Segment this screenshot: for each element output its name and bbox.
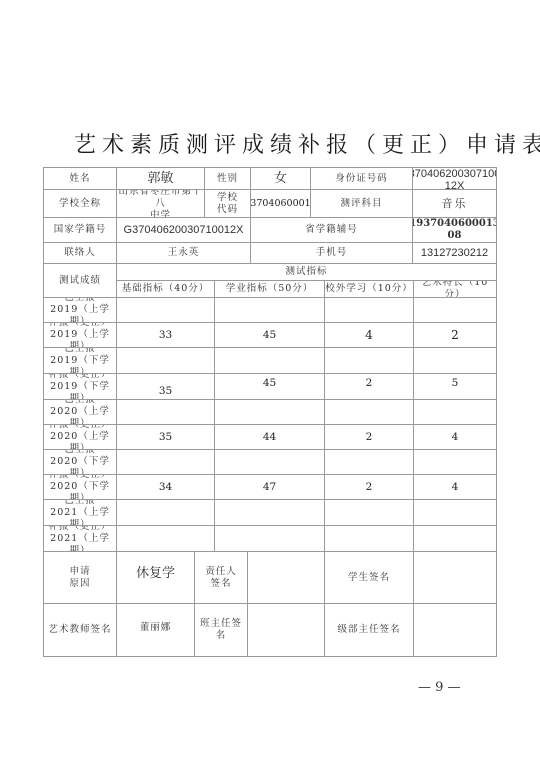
art-teacher-label: 艺术教师签名: [43, 603, 117, 657]
name-label: 姓名: [43, 167, 117, 190]
class-teacher-label: 班主任签名: [194, 603, 248, 657]
test-scores-label: 测试成绩: [43, 263, 117, 298]
phone-field[interactable]: 13127230212: [412, 242, 497, 264]
score-art-talent[interactable]: 5: [413, 373, 497, 400]
score-art-talent[interactable]: [413, 449, 497, 475]
school-value: 山东省枣庄市第十八 中学: [117, 189, 204, 218]
row-label: 已上报 2021（上学期）: [43, 499, 117, 526]
column-header-art-talent: 艺术特长（10分）: [413, 280, 497, 298]
score-extracurricular[interactable]: [324, 297, 414, 323]
score-academic[interactable]: [214, 499, 325, 526]
reason-field[interactable]: 休复学: [116, 551, 195, 604]
row-label: 已上报 2020（上学期）: [43, 399, 117, 425]
column-header-basic: 基础指标（40分）: [116, 280, 215, 298]
score-basic[interactable]: [116, 399, 215, 425]
school-code-label: 学校 代码: [204, 189, 251, 218]
column-header-extracurricular: 校外学习（10分）: [324, 280, 414, 298]
score-basic[interactable]: 33: [116, 322, 215, 348]
row-label-text: 补报（更正） 2019（上学期）: [44, 322, 116, 348]
national-id-field[interactable]: G37040620030710012X: [116, 217, 251, 243]
score-extracurricular[interactable]: [324, 347, 414, 374]
column-header-academic: 学业指标（50分）: [214, 280, 325, 298]
row-label-text: 已上报 2021（上学期）: [44, 499, 116, 526]
score-extracurricular[interactable]: 2: [324, 474, 414, 500]
score-academic[interactable]: 44: [214, 424, 325, 450]
reason-label-text: 申请 原因: [69, 566, 90, 590]
score-art-talent[interactable]: [413, 499, 497, 526]
form-title: 艺术素质测评成绩补报（更正）申请表: [74, 128, 540, 159]
row-label-text: 已上报 2020（上学期）: [44, 399, 116, 425]
score-basic[interactable]: 35: [116, 373, 215, 400]
student-signature-field[interactable]: [413, 551, 497, 604]
contact-field[interactable]: 王永英: [116, 242, 251, 264]
responsible-label-text: 责任人 签名: [205, 566, 237, 590]
national-id-label: 国家学籍号: [43, 217, 117, 243]
name-field[interactable]: 郭敏: [116, 167, 205, 190]
score-academic[interactable]: 45: [214, 373, 325, 400]
score-art-talent[interactable]: 4: [413, 474, 497, 500]
provincial-id-value: 20193704060001312 08: [412, 218, 497, 242]
phone-label: 手机号: [250, 242, 413, 264]
id-number-label: 身份证号码: [310, 167, 413, 190]
score-basic[interactable]: [116, 525, 215, 552]
art-teacher-signature-field[interactable]: 董丽娜: [116, 603, 195, 657]
grade-director-signature-field[interactable]: [413, 603, 497, 657]
school-code-label-text: 学校 代码: [217, 192, 238, 216]
row-label-text: 已上报 2019（下学期）: [44, 347, 116, 374]
row-label: 已上报 2020（下学期）: [43, 449, 117, 475]
score-academic[interactable]: [214, 297, 325, 323]
gender-label: 性别: [204, 167, 251, 190]
row-label-text: 补报（更正） 2021（上学期）: [44, 525, 116, 552]
score-extracurricular[interactable]: 4: [324, 322, 414, 348]
score-extracurricular[interactable]: [324, 399, 414, 425]
school-code-field[interactable]: 3704060001: [250, 189, 311, 218]
score-extracurricular[interactable]: 2: [324, 424, 414, 450]
row-label: 补报（更正） 2021（上学期）: [43, 525, 117, 552]
score-academic[interactable]: 47: [214, 474, 325, 500]
score-basic[interactable]: [116, 347, 215, 374]
row-label: 已上报 2019（上学期）: [43, 297, 117, 323]
score-art-talent[interactable]: [413, 399, 497, 425]
score-academic[interactable]: [214, 449, 325, 475]
id-number-value: 370406200307100 12X: [412, 168, 497, 190]
school-label: 学校全称: [43, 189, 117, 218]
contact-label: 联络人: [43, 242, 117, 264]
score-art-talent[interactable]: [413, 347, 497, 374]
row-label: 补报（更正） 2020（下学期）: [43, 474, 117, 500]
row-label: 补报（更正） 2019（下学期）: [43, 373, 117, 400]
score-academic[interactable]: [214, 399, 325, 425]
score-art-talent[interactable]: 2: [413, 322, 497, 348]
score-extracurricular[interactable]: [324, 525, 414, 552]
row-label-text: 已上报 2019（上学期）: [44, 297, 116, 323]
score-extracurricular[interactable]: [324, 499, 414, 526]
subject-label: 测评科目: [310, 189, 413, 218]
test-indicators-label: 测试指标: [116, 263, 497, 281]
score-art-talent[interactable]: 4: [413, 424, 497, 450]
provincial-id-label: 省学籍辅号: [250, 217, 413, 243]
row-label: 补报（更正） 2019（上学期）: [43, 322, 117, 348]
score-academic[interactable]: [214, 347, 325, 374]
score-academic[interactable]: [214, 525, 325, 552]
responsible-label: 责任人 签名: [194, 551, 248, 604]
reason-label: 申请 原因: [43, 551, 117, 604]
score-basic[interactable]: 35: [116, 424, 215, 450]
row-label-text: 已上报 2020（下学期）: [44, 449, 116, 475]
class-teacher-signature-field[interactable]: [247, 603, 325, 657]
provincial-id-field[interactable]: 20193704060001312 08: [412, 217, 497, 243]
score-art-talent[interactable]: [413, 297, 497, 323]
row-label: 已上报 2019（下学期）: [43, 347, 117, 374]
score-basic[interactable]: [116, 449, 215, 475]
id-number-field[interactable]: 370406200307100 12X: [412, 167, 497, 190]
page-number: — 9 —: [418, 680, 461, 695]
row-label-text: 补报（更正） 2019（下学期）: [44, 373, 116, 400]
school-field[interactable]: 山东省枣庄市第十八 中学: [116, 189, 205, 218]
score-art-talent[interactable]: [413, 525, 497, 552]
score-basic[interactable]: [116, 297, 215, 323]
score-basic[interactable]: 34: [116, 474, 215, 500]
gender-field[interactable]: 女: [250, 167, 311, 190]
row-label-text: 补报（更正） 2020（下学期）: [44, 474, 116, 500]
row-label: 补报（更正） 2020（上学期）: [43, 424, 117, 450]
grade-director-label: 级部主任签名: [324, 603, 414, 657]
row-label-text: 补报（更正） 2020（上学期）: [44, 424, 116, 450]
student-signature-label: 学生签名: [324, 551, 414, 604]
score-basic[interactable]: [116, 499, 215, 526]
score-extracurricular[interactable]: [324, 449, 414, 475]
responsible-signature-field[interactable]: [247, 551, 325, 604]
subject-field[interactable]: 音乐: [412, 189, 497, 218]
score-extracurricular[interactable]: 2: [324, 373, 414, 400]
score-academic[interactable]: 45: [214, 322, 325, 348]
